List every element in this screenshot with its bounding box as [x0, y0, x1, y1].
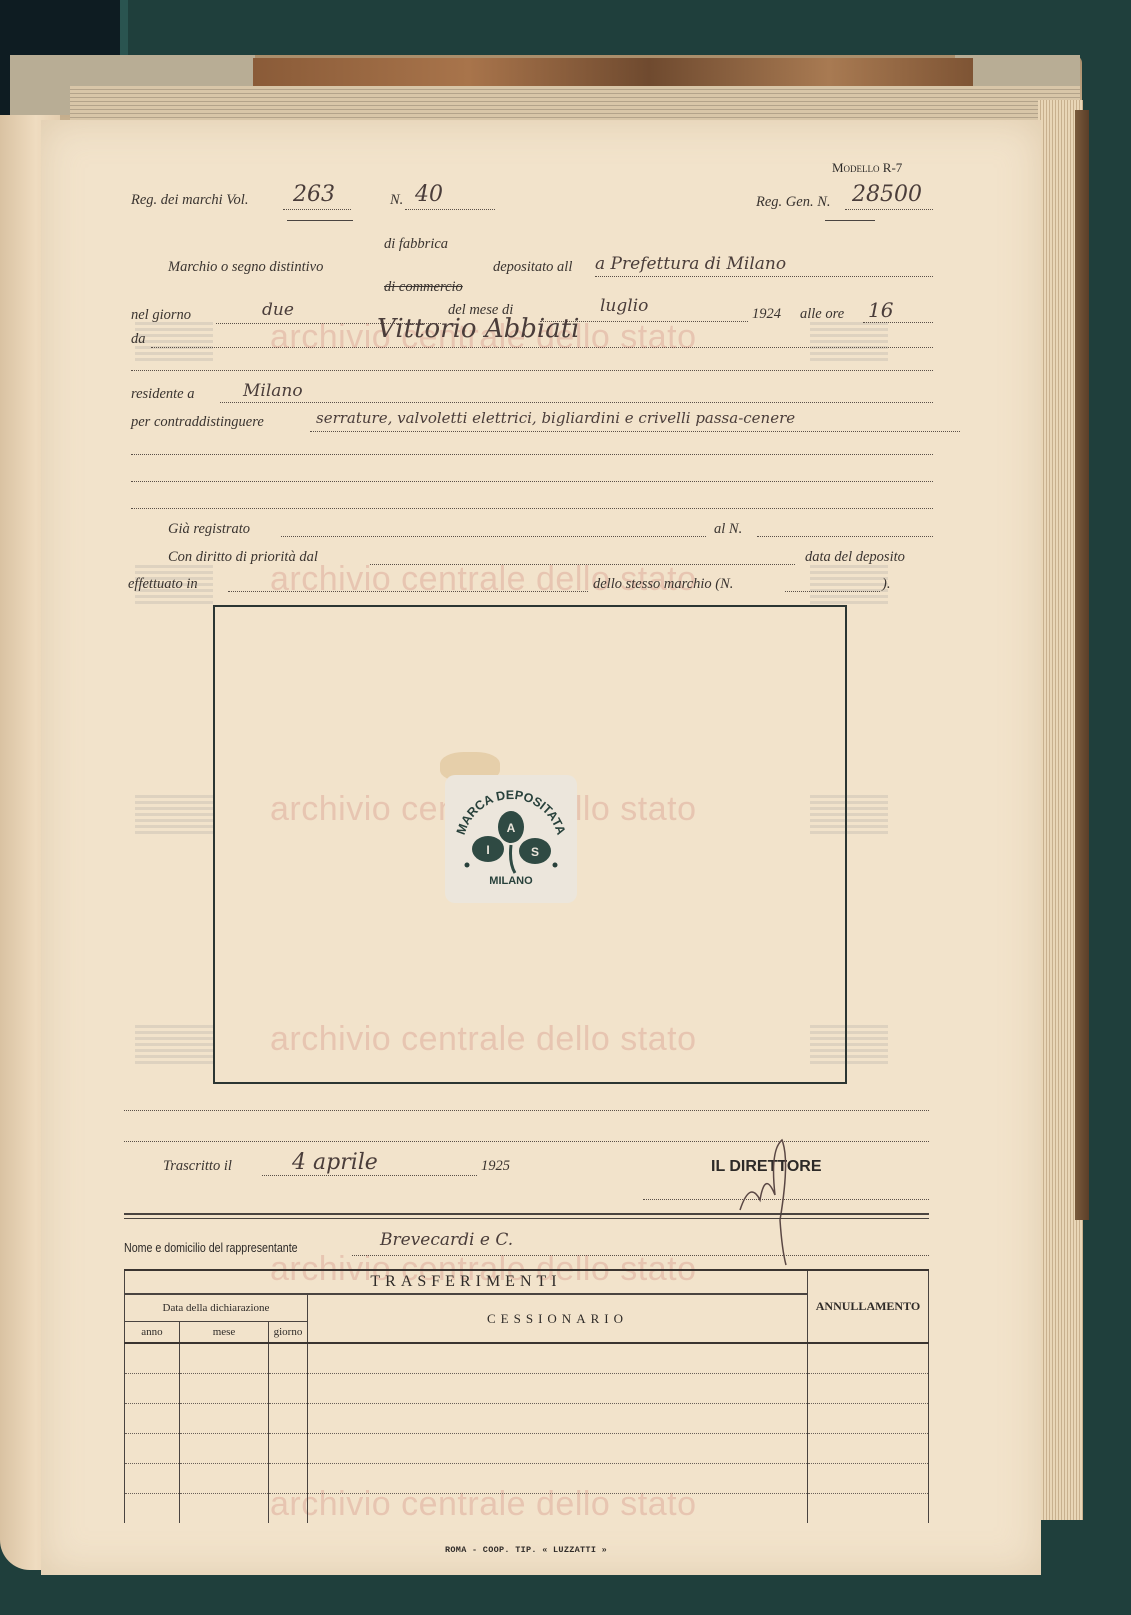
svg-text:S: S — [531, 845, 539, 859]
trascritto-year: 1925 — [481, 1158, 510, 1175]
table-row — [125, 1343, 929, 1374]
reg-gen-label: Reg. Gen. N. — [756, 194, 831, 211]
residente-value: Milano — [243, 381, 303, 401]
effettuato-label: effettuato in — [128, 576, 198, 593]
double-rule — [124, 1213, 929, 1215]
effettuato-line — [228, 591, 588, 592]
contraddistinguere-value: serrature, valvoletti elettrici, bigliar… — [316, 409, 795, 427]
da-value: Vittorio Abbiati — [377, 314, 580, 344]
table-row — [125, 1494, 929, 1524]
priorita-line — [370, 564, 795, 565]
contraddistinguere-label: per contraddistinguere — [131, 414, 264, 431]
rule — [825, 220, 875, 221]
trasferimenti-title: TRASFERIMENTI — [125, 1270, 808, 1294]
opt-fabbrica: di fabbrica — [384, 236, 448, 253]
paren-close: ). — [882, 576, 890, 593]
rule — [287, 220, 353, 221]
blank-line — [124, 1110, 929, 1111]
watermark-logo-icon — [810, 322, 888, 362]
double-rule — [124, 1218, 929, 1219]
reg-marchi-label: Reg. dei marchi Vol. — [131, 192, 248, 209]
ore-label: alle ore — [800, 306, 844, 323]
n-label: N. — [390, 192, 403, 209]
blank-line — [131, 481, 933, 482]
trascritto-line — [262, 1175, 477, 1176]
marbled-spine — [253, 58, 973, 86]
deposited-line — [595, 276, 933, 277]
giorno-header: giorno — [269, 1322, 308, 1344]
gia-line — [281, 536, 706, 537]
printer-footer: ROMA - COOP. TIP. « LUZZATTI » — [445, 1545, 607, 1555]
watermark-logo-icon — [135, 795, 213, 835]
vol-line — [283, 209, 351, 210]
giorno-label: nel giorno — [131, 307, 191, 324]
gia-registrato-label: Già registrato — [168, 521, 250, 538]
data-deposito-label: data del deposito — [805, 549, 905, 566]
data-dichiarazione-header: Data della dichiarazione — [125, 1294, 308, 1322]
n-value: 40 — [415, 182, 443, 207]
trademark-stamp: MARCA DEPOSITATA A I S MILANO — [445, 775, 577, 903]
year: 1924 — [752, 306, 781, 323]
reg-gen-value: 28500 — [852, 182, 922, 207]
stamp-city: MILANO — [445, 875, 577, 887]
vol-value: 263 — [293, 182, 335, 207]
rappresentante-value: Brevecardi e C. — [380, 1230, 513, 1250]
watermark-logo-icon — [135, 1025, 213, 1065]
reg-gen-line — [845, 209, 933, 210]
da-label: da — [131, 331, 146, 348]
da-line — [151, 347, 933, 348]
stesso-line — [785, 591, 880, 592]
trascritto-value: 4 aprile — [292, 1150, 378, 1175]
cessionario-header: CESSIONARIO — [308, 1294, 808, 1343]
stesso-marchio-label: dello stesso marchio (N. — [593, 576, 733, 593]
al-n-label: al N. — [714, 521, 742, 538]
n-line — [405, 209, 495, 210]
form-model: Modello R-7 — [832, 160, 902, 176]
svg-text:I: I — [486, 843, 489, 857]
mese-value: luglio — [600, 296, 648, 316]
marchio-label: Marchio o segno distintivo — [168, 259, 323, 276]
anno-header: anno — [125, 1322, 180, 1344]
watermark-logo-icon — [135, 322, 213, 362]
opt-commercio: di commercio — [384, 279, 463, 296]
ore-value: 16 — [868, 298, 893, 322]
page-stack-top — [70, 86, 1080, 122]
table-row — [125, 1464, 929, 1494]
residente-label: residente a — [131, 386, 195, 403]
book-spine-right — [1075, 110, 1089, 1220]
watermark-logo-icon — [810, 565, 888, 605]
al-n-line — [757, 536, 933, 537]
ore-line — [863, 322, 933, 323]
giorno-value: due — [262, 300, 294, 320]
mese-header: mese — [180, 1322, 269, 1344]
residente-line — [220, 402, 933, 403]
annullamento-header: ANNULLAMENTO — [808, 1270, 929, 1343]
table-row — [125, 1434, 929, 1464]
blank-line — [131, 370, 933, 371]
priorita-label: Con diritto di priorità dal — [168, 549, 318, 566]
contraddistinguere-line — [310, 431, 960, 432]
deposited-value: a Prefettura di Milano — [595, 254, 786, 274]
deposited-label: depositato all — [493, 259, 572, 276]
rappresentante-label: Nome e domicilio del rappresentante — [124, 1240, 298, 1255]
svg-text:A: A — [507, 821, 516, 835]
table-row — [125, 1404, 929, 1434]
rappresentante-line — [352, 1255, 929, 1256]
blank-line — [131, 508, 933, 509]
signature-icon — [730, 1130, 810, 1270]
trasferimenti-table: TRASFERIMENTI ANNULLAMENTO Data della di… — [124, 1269, 929, 1523]
blank-line — [131, 454, 933, 455]
table-row — [125, 1374, 929, 1404]
trascritto-label: Trascritto il — [163, 1158, 232, 1175]
